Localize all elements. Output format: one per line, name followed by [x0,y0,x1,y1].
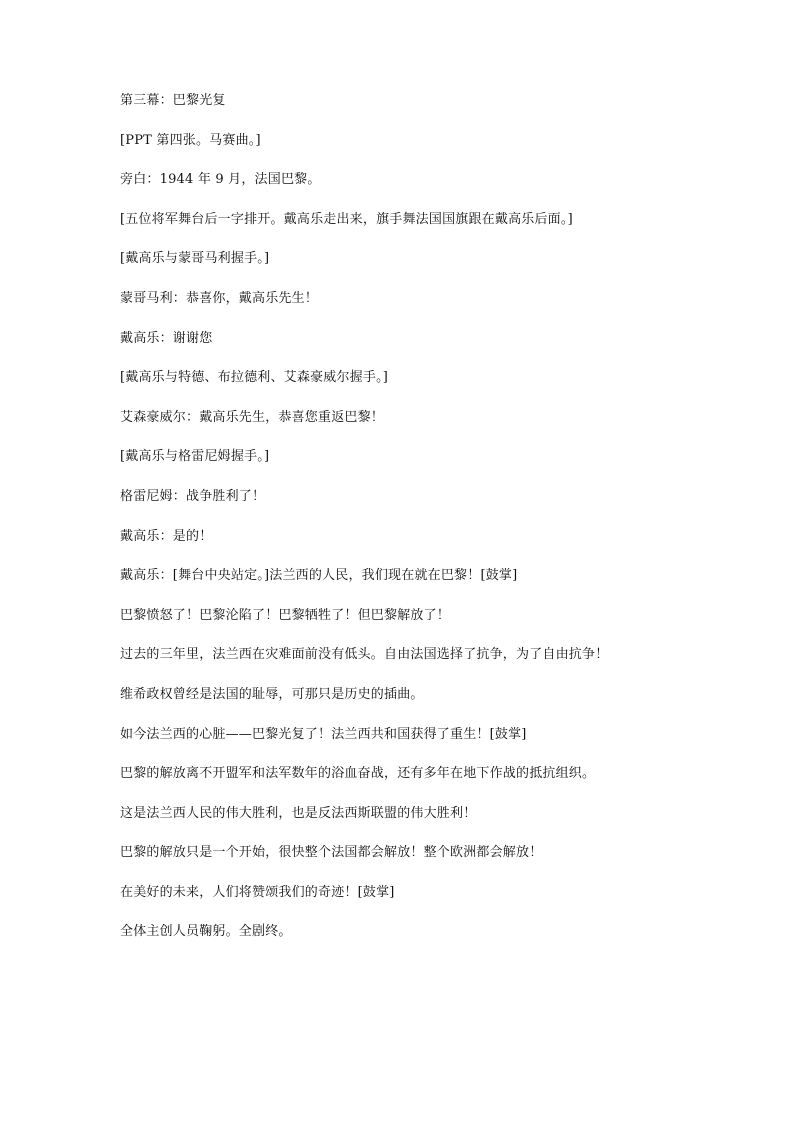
dialogue-line: 戴高乐：是的！ [120,528,720,545]
document-page: 第三幕：巴黎光复 [PPT 第四张。马赛曲。] 旁白：1944 年 9 月，法国… [120,92,720,963]
speech-line: 如今法兰西的心脏——巴黎光复了！法兰西共和国获得了重生！[鼓掌] [120,726,720,743]
stage-direction: [戴高乐与格雷尼姆握手。] [120,448,720,465]
speech-line: 巴黎的解放只是一个开始，很快整个法国都会解放！整个欧洲都会解放！ [120,844,720,861]
dialogue-line: 蒙哥马利：恭喜你，戴高乐先生！ [120,290,720,307]
speech-line: 巴黎的解放离不开盟军和法军数年的浴血奋战，还有多年在地下作战的抵抗组织。 [120,765,720,782]
stage-direction: [戴高乐与蒙哥马利握手。] [120,250,720,267]
dialogue-line: 戴高乐：[舞台中央站定。]法兰西的人民，我们现在就在巴黎！[鼓掌] [120,567,720,584]
stage-direction: [戴高乐与特德、布拉德利、艾森豪威尔握手。] [120,369,720,386]
dialogue-line: 戴高乐：谢谢您 [120,330,720,347]
stage-direction: [五位将军舞台后一字排开。戴高乐走出来，旗手舞法国国旗跟在戴高乐后面。] [120,211,720,228]
speech-line: 巴黎愤怒了！巴黎沦陷了！巴黎牺牲了！但巴黎解放了！ [120,607,720,624]
speech-line: 这是法兰西人民的伟大胜利，也是反法西斯联盟的伟大胜利！ [120,805,720,822]
narration-line: 旁白：1944 年 9 月，法国巴黎。 [120,171,720,188]
dialogue-line: 格雷尼姆：战争胜利了！ [120,488,720,505]
speech-line: 过去的三年里，法兰西在灾难面前没有低头。自由法国选择了抗争，为了自由抗争！ [120,646,720,663]
speech-line: 维希政权曾经是法国的耻辱，可那只是历史的插曲。 [120,686,720,703]
speech-line: 在美好的未来，人们将赞颂我们的奇迹！[鼓掌] [120,884,720,901]
dialogue-line: 艾森豪威尔：戴高乐先生，恭喜您重返巴黎！ [120,409,720,426]
stage-direction: [PPT 第四张。马赛曲。] [120,132,720,149]
act-heading: 第三幕：巴黎光复 [120,92,720,109]
closing-direction: 全体主创人员鞠躬。全剧终。 [120,923,720,940]
